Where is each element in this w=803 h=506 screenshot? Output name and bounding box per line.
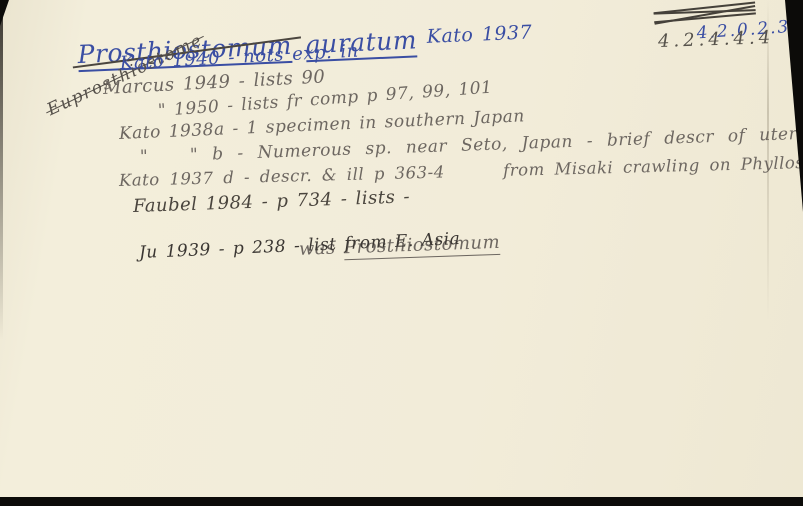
reference-entry-faubel-1984: Faubel 1984 - p 734 - lists - <box>133 186 411 217</box>
index-card: ProsthiostomumauratumKato 1937 Euprosthi… <box>0 0 803 506</box>
scan-corner-top-left <box>0 0 9 26</box>
paper-crease <box>767 0 769 320</box>
scan-edge-left <box>0 0 3 340</box>
author-year: Kato 1937 <box>426 21 532 48</box>
scan-edge-bottom <box>0 497 803 506</box>
catalog-new-number: 4.2.4.4.4 <box>658 27 775 52</box>
